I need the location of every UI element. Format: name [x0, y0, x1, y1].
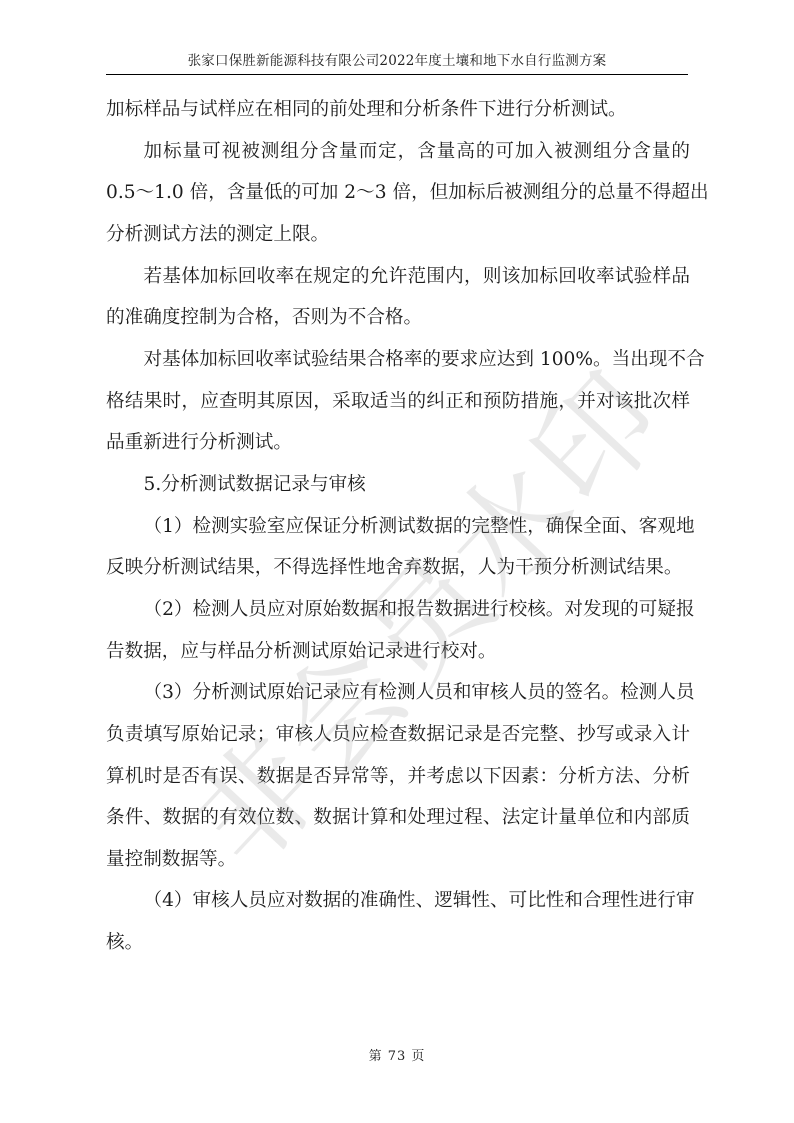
paragraph: 5.分析测试数据记录与审核: [106, 464, 690, 506]
text-line: 品重新进行分析测试。: [106, 422, 690, 464]
text-line: 5.分析测试数据记录与审核: [106, 464, 690, 506]
text-line: 分析测试方法的测定上限。: [106, 214, 690, 256]
text-line: 若基体加标回收率在规定的允许范围内，则该加标回收率试验样品: [106, 256, 690, 298]
text-line: （4）审核人员应对数据的准确性、逻辑性、可比性和合理性进行审: [106, 880, 690, 922]
page-header: 张家口保胜新能源科技有限公司2022年度土壤和地下水自行监测方案: [106, 52, 688, 75]
text-line: 0.5～1.0 倍，含量低的可加 2～3 倍，但加标后被测组分的总量不得超出: [106, 172, 690, 214]
text-line: 对基体加标回收率试验结果合格率的要求应达到 100%。当出现不合: [106, 339, 690, 381]
document-body: 加标样品与试样应在相同的前处理和分析条件下进行分析测试。加标量可视被测组分含量而…: [106, 89, 690, 964]
text-line: 负责填写原始记录；审核人员应检查数据记录是否完整、抄写或录入计: [106, 714, 690, 756]
text-line: （3）分析测试原始记录应有检测人员和审核人员的签名。检测人员: [106, 672, 690, 714]
text-line: 加标量可视被测组分含量而定，含量高的可加入被测组分含量的: [106, 131, 690, 173]
text-line: 告数据，应与样品分析测试原始记录进行校对。: [106, 631, 690, 673]
paragraph: （1）检测实验室应保证分析测试数据的完整性，确保全面、客观地反映分析测试结果，不…: [106, 506, 690, 589]
paragraph: （2）检测人员应对原始数据和报告数据进行校核。对发现的可疑报告数据，应与样品分析…: [106, 589, 690, 672]
paragraph: 加标样品与试样应在相同的前处理和分析条件下进行分析测试。: [106, 89, 690, 131]
text-line: 算机时是否有误、数据是否异常等，并考虑以下因素：分析方法、分析: [106, 756, 690, 798]
paragraph: 加标量可视被测组分含量而定，含量高的可加入被测组分含量的0.5～1.0 倍，含量…: [106, 131, 690, 256]
text-line: （2）检测人员应对原始数据和报告数据进行校核。对发现的可疑报: [106, 589, 690, 631]
document-title: 张家口保胜新能源科技有限公司2022年度土壤和地下水自行监测方案: [188, 53, 607, 69]
page-number: 第 73 页: [0, 1045, 794, 1064]
text-line: 条件、数据的有效位数、数据计算和处理过程、法定计量单位和内部质: [106, 797, 690, 839]
paragraph: （4）审核人员应对数据的准确性、逻辑性、可比性和合理性进行审核。: [106, 880, 690, 963]
text-line: 量控制数据等。: [106, 839, 690, 881]
text-line: 的准确度控制为合格，否则为不合格。: [106, 297, 690, 339]
text-line: 反映分析测试结果，不得选择性地舍弃数据，人为干预分析测试结果。: [106, 547, 690, 589]
text-line: 核。: [106, 922, 690, 964]
text-line: 加标样品与试样应在相同的前处理和分析条件下进行分析测试。: [106, 89, 690, 131]
text-line: （1）检测实验室应保证分析测试数据的完整性，确保全面、客观地: [106, 506, 690, 548]
text-line: 格结果时，应查明其原因，采取适当的纠正和预防措施，并对该批次样: [106, 381, 690, 423]
paragraph: 对基体加标回收率试验结果合格率的要求应达到 100%。当出现不合格结果时，应查明…: [106, 339, 690, 464]
paragraph: 若基体加标回收率在规定的允许范围内，则该加标回收率试验样品的准确度控制为合格，否…: [106, 256, 690, 339]
paragraph: （3）分析测试原始记录应有检测人员和审核人员的签名。检测人员负责填写原始记录；审…: [106, 672, 690, 880]
